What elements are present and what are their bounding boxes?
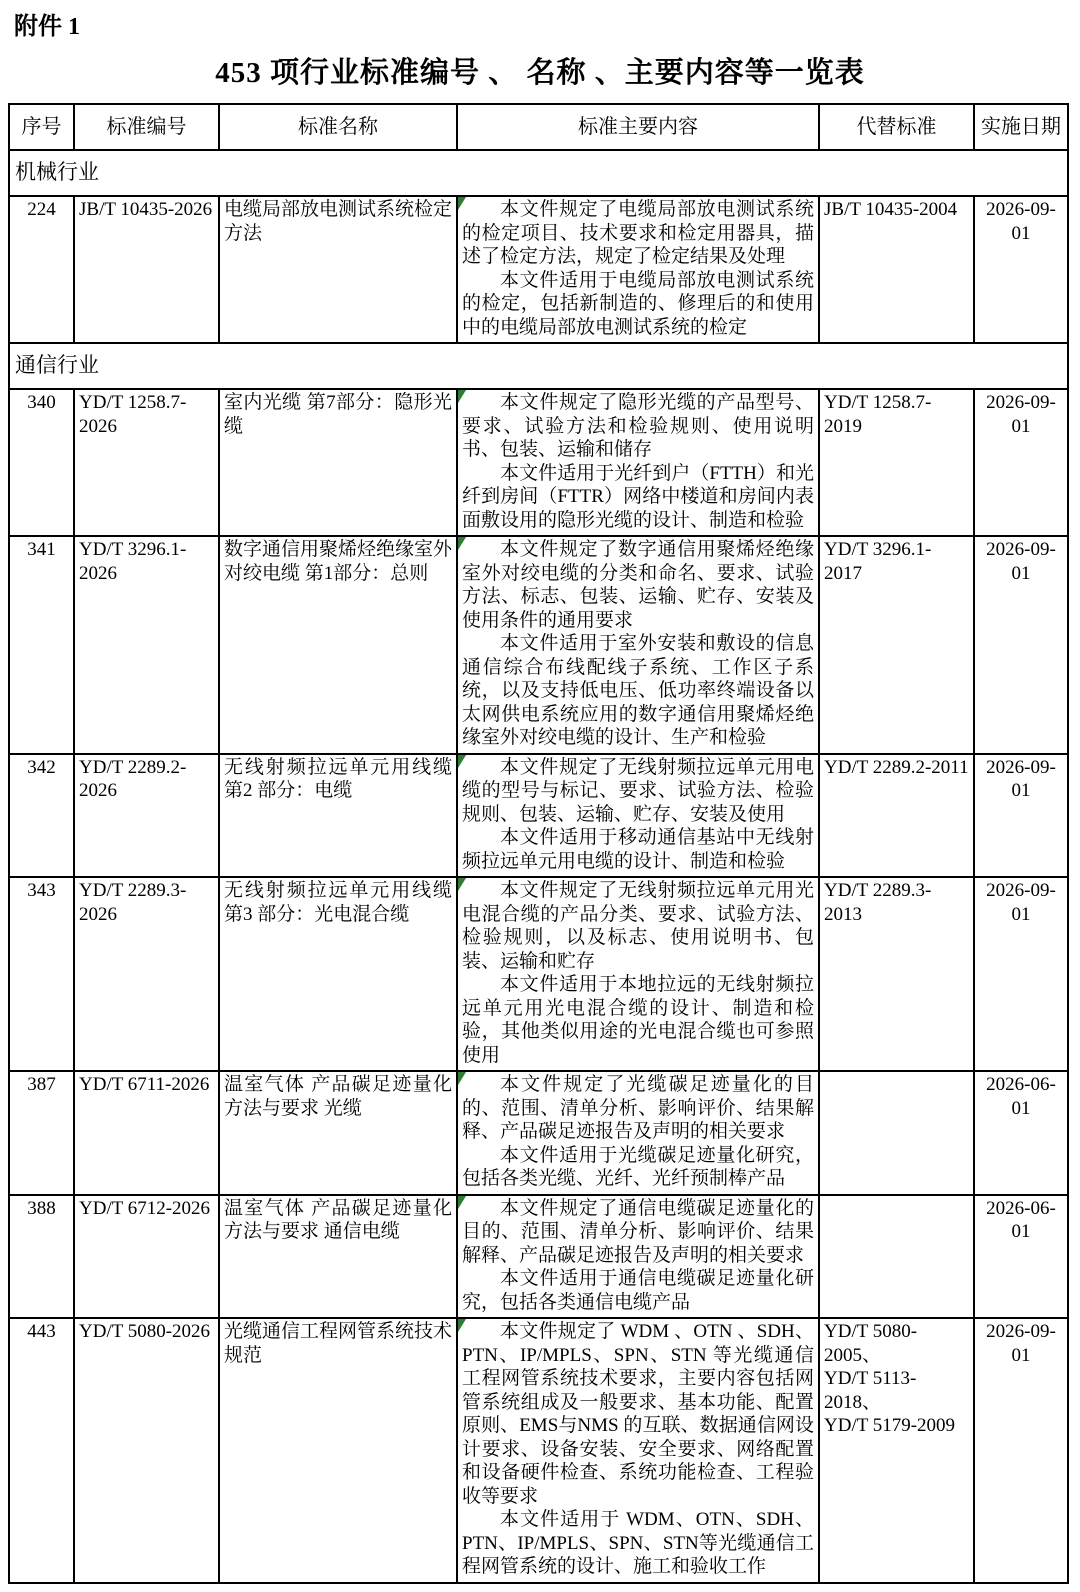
seq-cell: 341	[9, 536, 74, 754]
date-cell: 2026-09-01	[974, 877, 1068, 1071]
table-row: 341 YD/T 3296.1-2026 数字通信用聚烯烃绝缘室外对绞电缆 第1…	[9, 536, 1068, 754]
section-row: 通信行业	[9, 343, 1068, 389]
column-header-replaces: 代替标准	[819, 104, 974, 150]
content-paragraphs: 本文件规定了数字通信用聚烯烃绝缘室外对绞电缆的分类和命名、要求、试验方法、标志、…	[462, 538, 814, 750]
date-cell: 2026-09-01	[974, 389, 1068, 536]
table-row: 388 YD/T 6712-2026 温室气体 产品碳足迹量化方法与要求 通信电…	[9, 1195, 1068, 1319]
code-cell: YD/T 5080-2026	[74, 1318, 219, 1583]
column-header-content: 标准主要内容	[457, 104, 819, 150]
section-name: 机械行业	[9, 150, 1068, 196]
date-cell: 2026-09-01	[974, 754, 1068, 878]
table-row: 342 YD/T 2289.2-2026 无线射频拉远单元用线缆 第2 部分：电…	[9, 754, 1068, 878]
comment-marker-icon	[458, 197, 466, 210]
code-cell: YD/T 1258.7-2026	[74, 389, 219, 536]
content-paragraphs: 本文件规定了 WDM 、OTN 、SDH、PTN、IP/MPLS、SPN、STN…	[462, 1320, 814, 1579]
content-cell: 本文件规定了无线射频拉远单元用光电混合缆的产品分类、要求、试验方法、检验规则，以…	[457, 877, 819, 1071]
content-paragraphs: 本文件规定了无线射频拉远单元用电缆的型号与标记、要求、试验方法、检验规则、包装、…	[462, 756, 814, 874]
comment-marker-icon	[458, 1319, 466, 1332]
table-row: 340 YD/T 1258.7-2026 室内光缆 第7部分：隐形光缆 本文件规…	[9, 389, 1068, 536]
content-cell: 本文件规定了电缆局部放电测试系统的检定项目、技术要求和检定用器具，描述了检定方法…	[457, 196, 819, 343]
date-cell: 2026-06-01	[974, 1195, 1068, 1319]
standards-table-body: 机械行业 224 JB/T 10435-2026 电缆局部放电测试系统检定方法 …	[9, 150, 1068, 1583]
table-header-row: 序号 标准编号 标准名称 标准主要内容 代替标准 实施日期	[9, 104, 1068, 150]
date-cell: 2026-06-01	[974, 1071, 1068, 1195]
comment-marker-icon	[458, 537, 466, 550]
replaces-cell	[819, 1071, 974, 1195]
table-row: 224 JB/T 10435-2026 电缆局部放电测试系统检定方法 本文件规定…	[9, 196, 1068, 343]
content-paragraphs: 本文件规定了通信电缆碳足迹量化的目的、范围、清单分析、影响评价、结果解释、产品碳…	[462, 1197, 814, 1315]
date-cell: 2026-09-01	[974, 1318, 1068, 1583]
content-paragraph: 本文件规定了无线射频拉远单元用电缆的型号与标记、要求、试验方法、检验规则、包装、…	[462, 756, 814, 827]
table-row: 343 YD/T 2289.3-2026 无线射频拉远单元用线缆 第3 部分：光…	[9, 877, 1068, 1071]
content-paragraph: 本文件适用于通信电缆碳足迹量化研究，包括各类通信电缆产品	[462, 1267, 814, 1314]
document-page: 附件 1 453 项行业标准编号 、 名称 、主要内容等一览表 序号 标准编号 …	[0, 0, 1080, 1584]
name-cell: 室内光缆 第7部分：隐形光缆	[219, 389, 457, 536]
comment-marker-icon	[458, 755, 466, 768]
name-cell: 无线射频拉远单元用线缆 第2 部分：电缆	[219, 754, 457, 878]
seq-cell: 388	[9, 1195, 74, 1319]
standards-table: 序号 标准编号 标准名称 标准主要内容 代替标准 实施日期 机械行业 224 J…	[8, 103, 1069, 1584]
replaces-cell: YD/T 5080-2005、 YD/T 5113-2018、 YD/T 517…	[819, 1318, 974, 1583]
replaces-cell: JB/T 10435-2004	[819, 196, 974, 343]
content-paragraphs: 本文件规定了无线射频拉远单元用光电混合缆的产品分类、要求、试验方法、检验规则，以…	[462, 879, 814, 1067]
section-row: 机械行业	[9, 150, 1068, 196]
content-paragraph: 本文件规定了无线射频拉远单元用光电混合缆的产品分类、要求、试验方法、检验规则，以…	[462, 879, 814, 973]
content-cell: 本文件规定了 WDM 、OTN 、SDH、PTN、IP/MPLS、SPN、STN…	[457, 1318, 819, 1583]
replaces-cell: YD/T 2289.2-2011	[819, 754, 974, 878]
content-cell: 本文件规定了隐形光缆的产品型号、要求、试验方法和检验规则、使用说明书、包装、运输…	[457, 389, 819, 536]
content-cell: 本文件规定了光缆碳足迹量化的目的、范围、清单分析、影响评价、结果解释、产品碳足迹…	[457, 1071, 819, 1195]
content-cell: 本文件规定了无线射频拉远单元用电缆的型号与标记、要求、试验方法、检验规则、包装、…	[457, 754, 819, 878]
content-paragraphs: 本文件规定了光缆碳足迹量化的目的、范围、清单分析、影响评价、结果解释、产品碳足迹…	[462, 1073, 814, 1191]
seq-cell: 387	[9, 1071, 74, 1195]
content-paragraph: 本文件适用于光纤到户（FTTH）和光纤到房间（FTTR）网络中楼道和房间内表面敷…	[462, 462, 814, 533]
code-cell: JB/T 10435-2026	[74, 196, 219, 343]
content-paragraph: 本文件规定了光缆碳足迹量化的目的、范围、清单分析、影响评价、结果解释、产品碳足迹…	[462, 1073, 814, 1144]
content-paragraph: 本文件规定了 WDM 、OTN 、SDH、PTN、IP/MPLS、SPN、STN…	[462, 1320, 814, 1508]
column-header-date: 实施日期	[974, 104, 1068, 150]
seq-cell: 342	[9, 754, 74, 878]
content-cell: 本文件规定了通信电缆碳足迹量化的目的、范围、清单分析、影响评价、结果解释、产品碳…	[457, 1195, 819, 1319]
name-cell: 无线射频拉远单元用线缆 第3 部分：光电混合缆	[219, 877, 457, 1071]
date-cell: 2026-09-01	[974, 196, 1068, 343]
seq-cell: 443	[9, 1318, 74, 1583]
content-paragraph: 本文件适用于 WDM、OTN、SDH、PTN、IP/MPLS、SPN、STN等光…	[462, 1508, 814, 1579]
comment-marker-icon	[458, 1196, 466, 1209]
seq-cell: 340	[9, 389, 74, 536]
name-cell: 光缆通信工程网管系统技术规范	[219, 1318, 457, 1583]
comment-marker-icon	[458, 1072, 466, 1085]
content-paragraphs: 本文件规定了电缆局部放电测试系统的检定项目、技术要求和检定用器具，描述了检定方法…	[462, 198, 814, 339]
code-cell: YD/T 3296.1-2026	[74, 536, 219, 754]
content-paragraph: 本文件适用于光缆碳足迹量化研究，包括各类光缆、光纤、光纤预制棒产品	[462, 1144, 814, 1191]
content-paragraph: 本文件规定了隐形光缆的产品型号、要求、试验方法和检验规则、使用说明书、包装、运输…	[462, 391, 814, 462]
name-cell: 温室气体 产品碳足迹量化方法与要求 光缆	[219, 1071, 457, 1195]
content-paragraph: 本文件规定了通信电缆碳足迹量化的目的、范围、清单分析、影响评价、结果解释、产品碳…	[462, 1197, 814, 1268]
section-name: 通信行业	[9, 343, 1068, 389]
replaces-cell: YD/T 2289.3-2013	[819, 877, 974, 1071]
code-cell: YD/T 2289.2-2026	[74, 754, 219, 878]
table-row: 387 YD/T 6711-2026 温室气体 产品碳足迹量化方法与要求 光缆 …	[9, 1071, 1068, 1195]
column-header-seq: 序号	[9, 104, 74, 150]
code-cell: YD/T 6712-2026	[74, 1195, 219, 1319]
page-title: 453 项行业标准编号 、 名称 、主要内容等一览表	[0, 50, 1080, 91]
date-cell: 2026-09-01	[974, 536, 1068, 754]
name-cell: 电缆局部放电测试系统检定方法	[219, 196, 457, 343]
replaces-cell: YD/T 3296.1-2017	[819, 536, 974, 754]
content-paragraph: 本文件适用于电缆局部放电测试系统的检定，包括新制造的、修理后的和使用中的电缆局部…	[462, 269, 814, 340]
content-paragraph: 本文件适用于室外安装和敷设的信息通信综合布线配线子系统、工作区子系统，以及支持低…	[462, 632, 814, 750]
name-cell: 温室气体 产品碳足迹量化方法与要求 通信电缆	[219, 1195, 457, 1319]
name-cell: 数字通信用聚烯烃绝缘室外对绞电缆 第1部分：总则	[219, 536, 457, 754]
code-cell: YD/T 6711-2026	[74, 1071, 219, 1195]
content-paragraph: 本文件适用于移动通信基站中无线射频拉远单元用电缆的设计、制造和检验	[462, 826, 814, 873]
column-header-name: 标准名称	[219, 104, 457, 150]
attachment-label: 附件 1	[14, 14, 1080, 40]
seq-cell: 343	[9, 877, 74, 1071]
column-header-code: 标准编号	[74, 104, 219, 150]
content-paragraph: 本文件适用于本地拉远的无线射频拉远单元用光电混合缆的设计、制造和检验，其他类似用…	[462, 973, 814, 1067]
content-paragraph: 本文件规定了数字通信用聚烯烃绝缘室外对绞电缆的分类和命名、要求、试验方法、标志、…	[462, 538, 814, 632]
content-paragraph: 本文件规定了电缆局部放电测试系统的检定项目、技术要求和检定用器具，描述了检定方法…	[462, 198, 814, 269]
replaces-cell: YD/T 1258.7-2019	[819, 389, 974, 536]
seq-cell: 224	[9, 196, 74, 343]
replaces-cell	[819, 1195, 974, 1319]
comment-marker-icon	[458, 390, 466, 403]
content-paragraphs: 本文件规定了隐形光缆的产品型号、要求、试验方法和检验规则、使用说明书、包装、运输…	[462, 391, 814, 532]
code-cell: YD/T 2289.3-2026	[74, 877, 219, 1071]
content-cell: 本文件规定了数字通信用聚烯烃绝缘室外对绞电缆的分类和命名、要求、试验方法、标志、…	[457, 536, 819, 754]
table-row: 443 YD/T 5080-2026 光缆通信工程网管系统技术规范 本文件规定了…	[9, 1318, 1068, 1583]
comment-marker-icon	[458, 878, 466, 891]
